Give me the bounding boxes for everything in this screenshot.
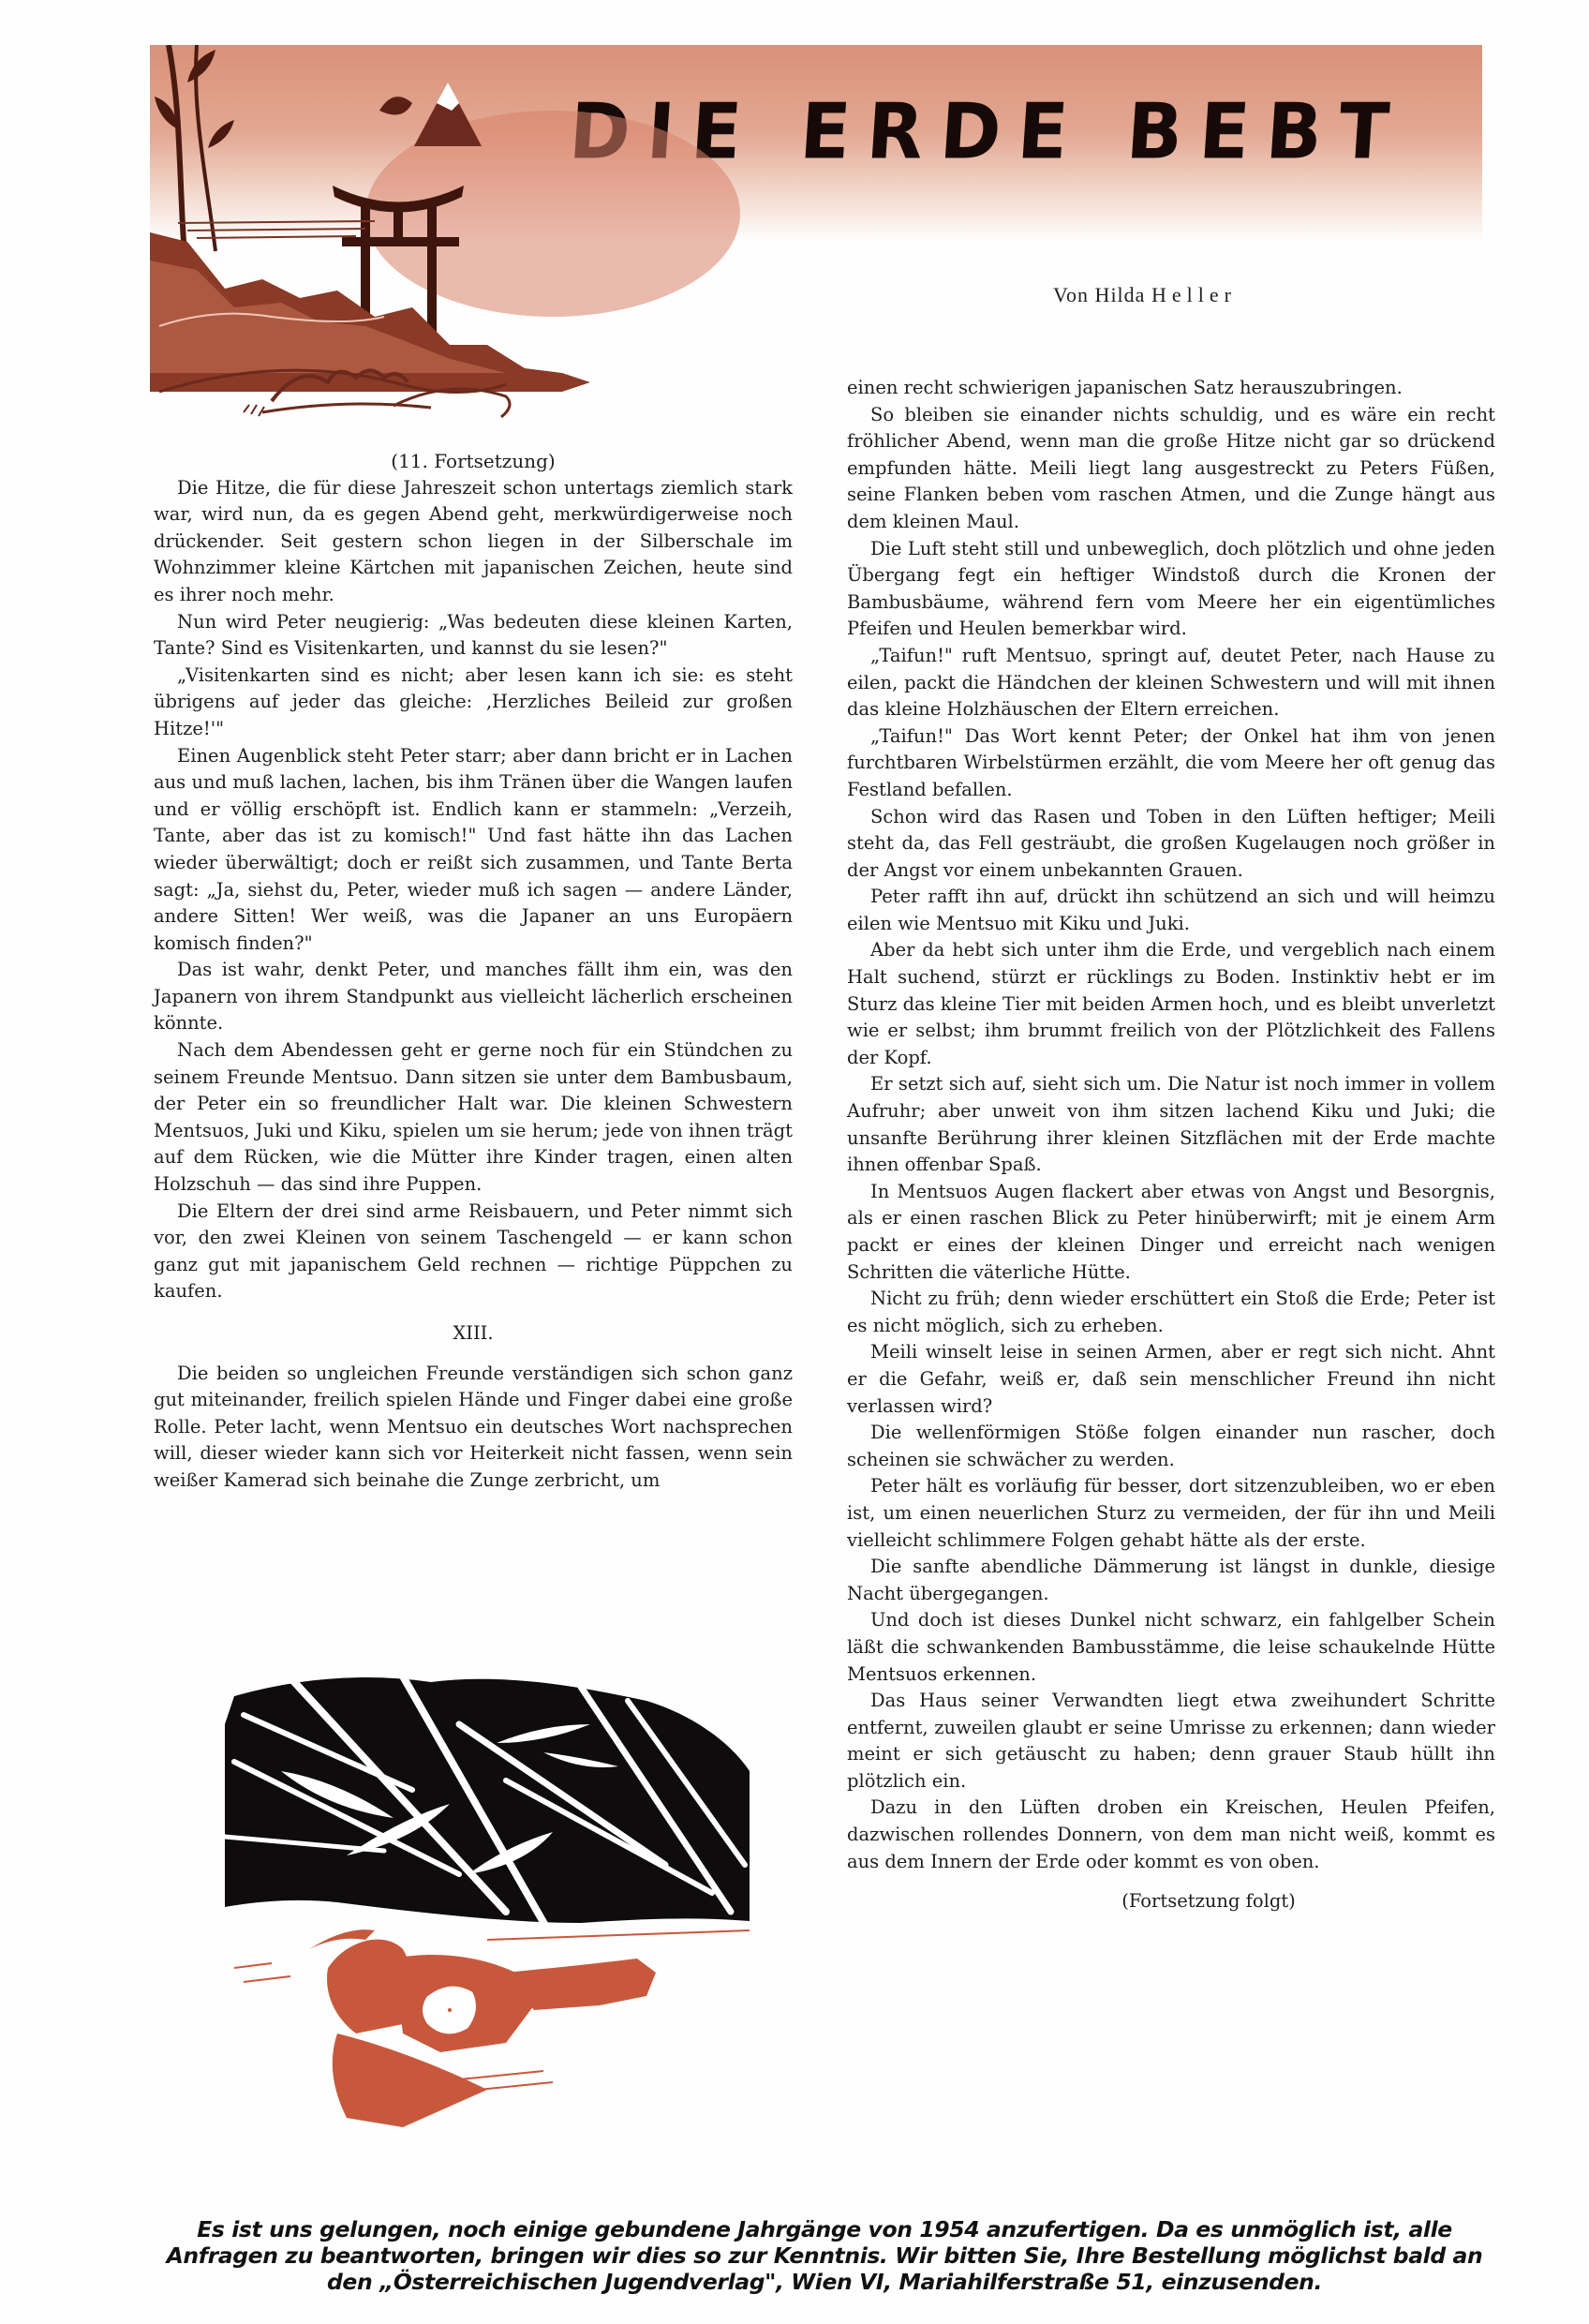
paragraph: Die wellenförmigen Stöße folgen einander… bbox=[847, 1420, 1495, 1473]
torii-landscape-illustration bbox=[150, 45, 862, 439]
paragraph: In Mentsuos Augen flackert aber etwas vo… bbox=[847, 1179, 1495, 1286]
to-be-continued: (Fortsetzung folgt) bbox=[847, 1888, 1495, 1915]
right-column: einen recht schwierigen japanischen Satz… bbox=[847, 375, 1495, 1915]
paragraph: Schon wird das Rasen und Toben in den Lü… bbox=[847, 804, 1495, 885]
paragraph: Die Eltern der drei sind arme Reisbauern… bbox=[154, 1199, 793, 1305]
paragraph: Einen Augenblick steht Peter starr; aber… bbox=[154, 743, 793, 958]
bamboo-storm-illustration bbox=[225, 1649, 750, 2137]
paragraph: Das ist wahr, denkt Peter, und manches f… bbox=[154, 957, 793, 1037]
paragraph: So bleiben sie einander nichts schuldig,… bbox=[847, 402, 1495, 536]
chapter-heading: XIII. bbox=[154, 1320, 793, 1348]
paragraph: „Taifun!" ruft Mentsuo, springt auf, deu… bbox=[847, 643, 1495, 723]
paragraph: Die Hitze, die für diese Jahreszeit scho… bbox=[154, 475, 793, 609]
paragraph: Die beiden so ungleichen Freunde verstän… bbox=[154, 1361, 793, 1495]
paragraph: Nach dem Abendessen geht er gerne noch f… bbox=[154, 1037, 793, 1199]
left-column: (11. Fortsetzung) Die Hitze, die für die… bbox=[154, 448, 793, 1495]
paragraph: Meili winselt leise in seinen Armen, abe… bbox=[847, 1339, 1495, 1420]
author-byline: Von Hilda Heller bbox=[1053, 283, 1237, 307]
paragraph: Peter hält es vorläufig für besser, dort… bbox=[847, 1473, 1495, 1554]
author-surname: Heller bbox=[1151, 283, 1237, 306]
paragraph: Und doch ist dieses Dunkel nicht schwarz… bbox=[847, 1607, 1495, 1688]
continuation-label: (11. Fortsetzung) bbox=[154, 448, 793, 475]
paragraph-continued: einen recht schwierigen japanischen Satz… bbox=[847, 375, 1495, 402]
paragraph: Aber da hebt sich unter ihm die Erde, un… bbox=[847, 937, 1495, 1071]
paragraph: Er setzt sich auf, sieht sich um. Die Na… bbox=[847, 1071, 1495, 1178]
author-prefix: Von Hilda bbox=[1053, 283, 1145, 306]
paragraph: Nicht zu früh; denn wieder erschüttert e… bbox=[847, 1286, 1495, 1339]
paragraph: Die Luft steht still und unbeweglich, do… bbox=[847, 536, 1495, 643]
paragraph: Dazu in den Lüften droben ein Kreischen,… bbox=[847, 1795, 1495, 1875]
paragraph: Das Haus seiner Verwandten liegt etwa zw… bbox=[847, 1688, 1495, 1795]
paragraph: Nun wird Peter neugierig: „Was bedeuten … bbox=[154, 609, 793, 663]
paragraph: Peter rafft ihn auf, drückt ihn schützen… bbox=[847, 884, 1495, 937]
paragraph: „Taifun!" Das Wort kennt Peter; der Onke… bbox=[847, 723, 1495, 804]
paragraph: „Visitenkarten sind es nicht; aber lesen… bbox=[154, 663, 793, 743]
paragraph: Die sanfte abendliche Dämmerung ist läng… bbox=[847, 1554, 1495, 1607]
publisher-notice: Es ist uns gelungen, noch einige gebunde… bbox=[150, 2216, 1499, 2295]
